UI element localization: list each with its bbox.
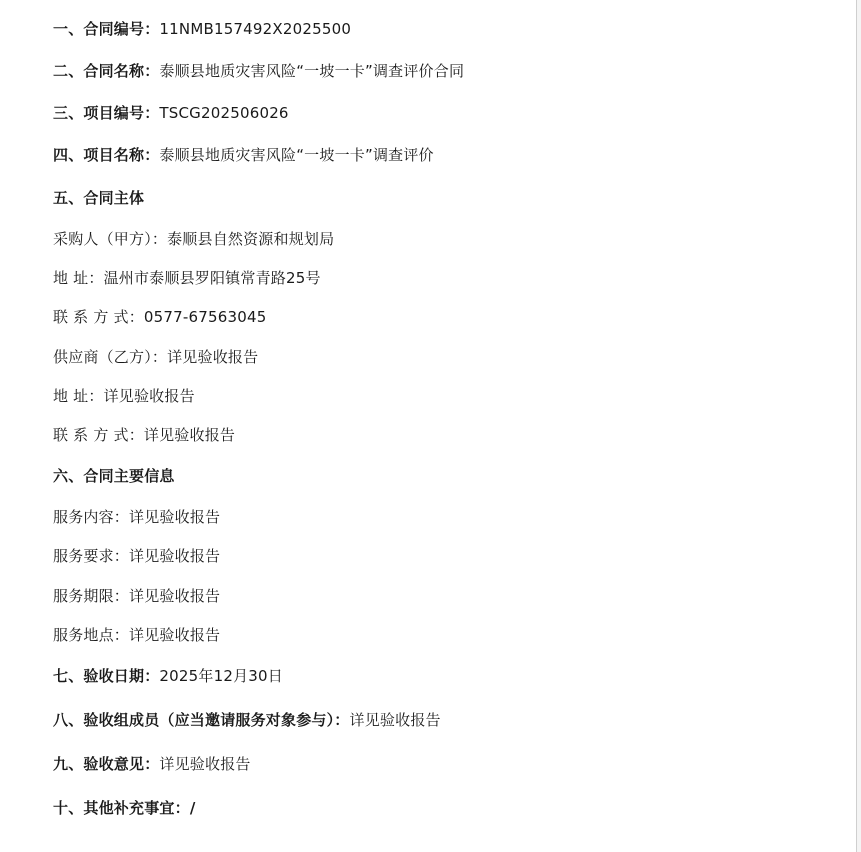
purchaser-line: 采购人（甲方）：泰顺县自然资源和规划局 (53, 229, 334, 249)
acceptance-date-line: 七、验收日期：2025年12月30日 (53, 666, 283, 686)
project-name-value: 泰顺县地质灾害风险“一坡一卡”调查评价 (159, 146, 433, 164)
service-location-line: 服务地点：详见验收报告 (53, 625, 220, 645)
document-page: 一、合同编号：11NMB157492X2025500 二、合同名称：泰顺县地质灾… (0, 0, 856, 852)
line-label: 联 系 方 式： (53, 426, 144, 444)
line-label: 三、项目编号： (53, 104, 159, 122)
line-label: 八、验收组成员（应当邀请服务对象参与）： (53, 711, 350, 729)
service-content-value: 详见验收报告 (129, 508, 220, 526)
acceptance-members-value: 详见验收报告 (350, 711, 441, 729)
line-label: 地 址： (53, 387, 104, 405)
purchaser-value: 泰顺县自然资源和规划局 (167, 230, 334, 248)
section-heading: 五、合同主体 (53, 189, 144, 207)
service-requirements-value: 详见验收报告 (129, 547, 220, 565)
supplier-contact-value: 详见验收报告 (144, 426, 235, 444)
purchaser-address-value: 温州市泰顺县罗阳镇常青路25号 (104, 269, 321, 287)
contract-name-value: 泰顺县地质灾害风险“一坡一卡”调查评价合同 (159, 62, 464, 80)
supplier-contact-line: 联 系 方 式：详见验收报告 (53, 425, 235, 445)
acceptance-opinion-line: 九、验收意见：详见验收报告 (53, 754, 251, 774)
project-number-line: 三、项目编号：TSCG202506026 (53, 103, 289, 123)
service-requirements-line: 服务要求：详见验收报告 (53, 546, 220, 566)
acceptance-opinion-value: 详见验收报告 (159, 755, 250, 773)
line-label: 一、合同编号： (53, 20, 159, 38)
contract-number-line: 一、合同编号：11NMB157492X2025500 (53, 19, 351, 39)
contract-info-heading: 六、合同主要信息 (53, 466, 175, 486)
project-name-line: 四、项目名称：泰顺县地质灾害风险“一坡一卡”调查评价 (53, 145, 434, 165)
line-label: 服务期限： (53, 587, 129, 605)
purchaser-contact-line: 联 系 方 式：0577-67563045 (53, 307, 266, 327)
line-label: 联 系 方 式： (53, 308, 144, 326)
contract-number-value: 11NMB157492X2025500 (159, 20, 351, 38)
line-label: 服务内容： (53, 508, 129, 526)
contract-name-line: 二、合同名称：泰顺县地质灾害风险“一坡一卡”调查评价合同 (53, 61, 464, 81)
service-period-value: 详见验收报告 (129, 587, 220, 605)
line-label: 供应商（乙方）： (53, 348, 167, 366)
supplier-value: 详见验收报告 (167, 348, 258, 366)
supplier-address-line: 地 址：详见验收报告 (53, 386, 195, 406)
acceptance-members-line: 八、验收组成员（应当邀请服务对象参与）：详见验收报告 (53, 710, 441, 730)
acceptance-date-value: 2025年12月30日 (159, 667, 283, 685)
line-label: 服务地点： (53, 626, 129, 644)
service-location-value: 详见验收报告 (129, 626, 220, 644)
scrollbar-track[interactable] (857, 0, 861, 852)
other-matters-value: / (190, 799, 196, 817)
contract-parties-heading: 五、合同主体 (53, 188, 144, 208)
purchaser-address-line: 地 址：温州市泰顺县罗阳镇常青路25号 (53, 268, 321, 288)
section-heading: 六、合同主要信息 (53, 467, 175, 485)
line-label: 七、验收日期： (53, 667, 159, 685)
line-label: 采购人（甲方）： (53, 230, 167, 248)
other-matters-line: 十、其他补充事宜：/ (53, 798, 196, 818)
project-number-value: TSCG202506026 (159, 104, 288, 122)
service-period-line: 服务期限：详见验收报告 (53, 586, 220, 606)
purchaser-contact-value: 0577-67563045 (144, 308, 267, 326)
line-label: 服务要求： (53, 547, 129, 565)
line-label: 二、合同名称： (53, 62, 159, 80)
supplier-line: 供应商（乙方）：详见验收报告 (53, 347, 258, 367)
supplier-address-value: 详见验收报告 (104, 387, 195, 405)
service-content-line: 服务内容：详见验收报告 (53, 507, 220, 527)
line-label: 十、其他补充事宜： (53, 799, 190, 817)
line-label: 地 址： (53, 269, 104, 287)
line-label: 九、验收意见： (53, 755, 159, 773)
line-label: 四、项目名称： (53, 146, 159, 164)
